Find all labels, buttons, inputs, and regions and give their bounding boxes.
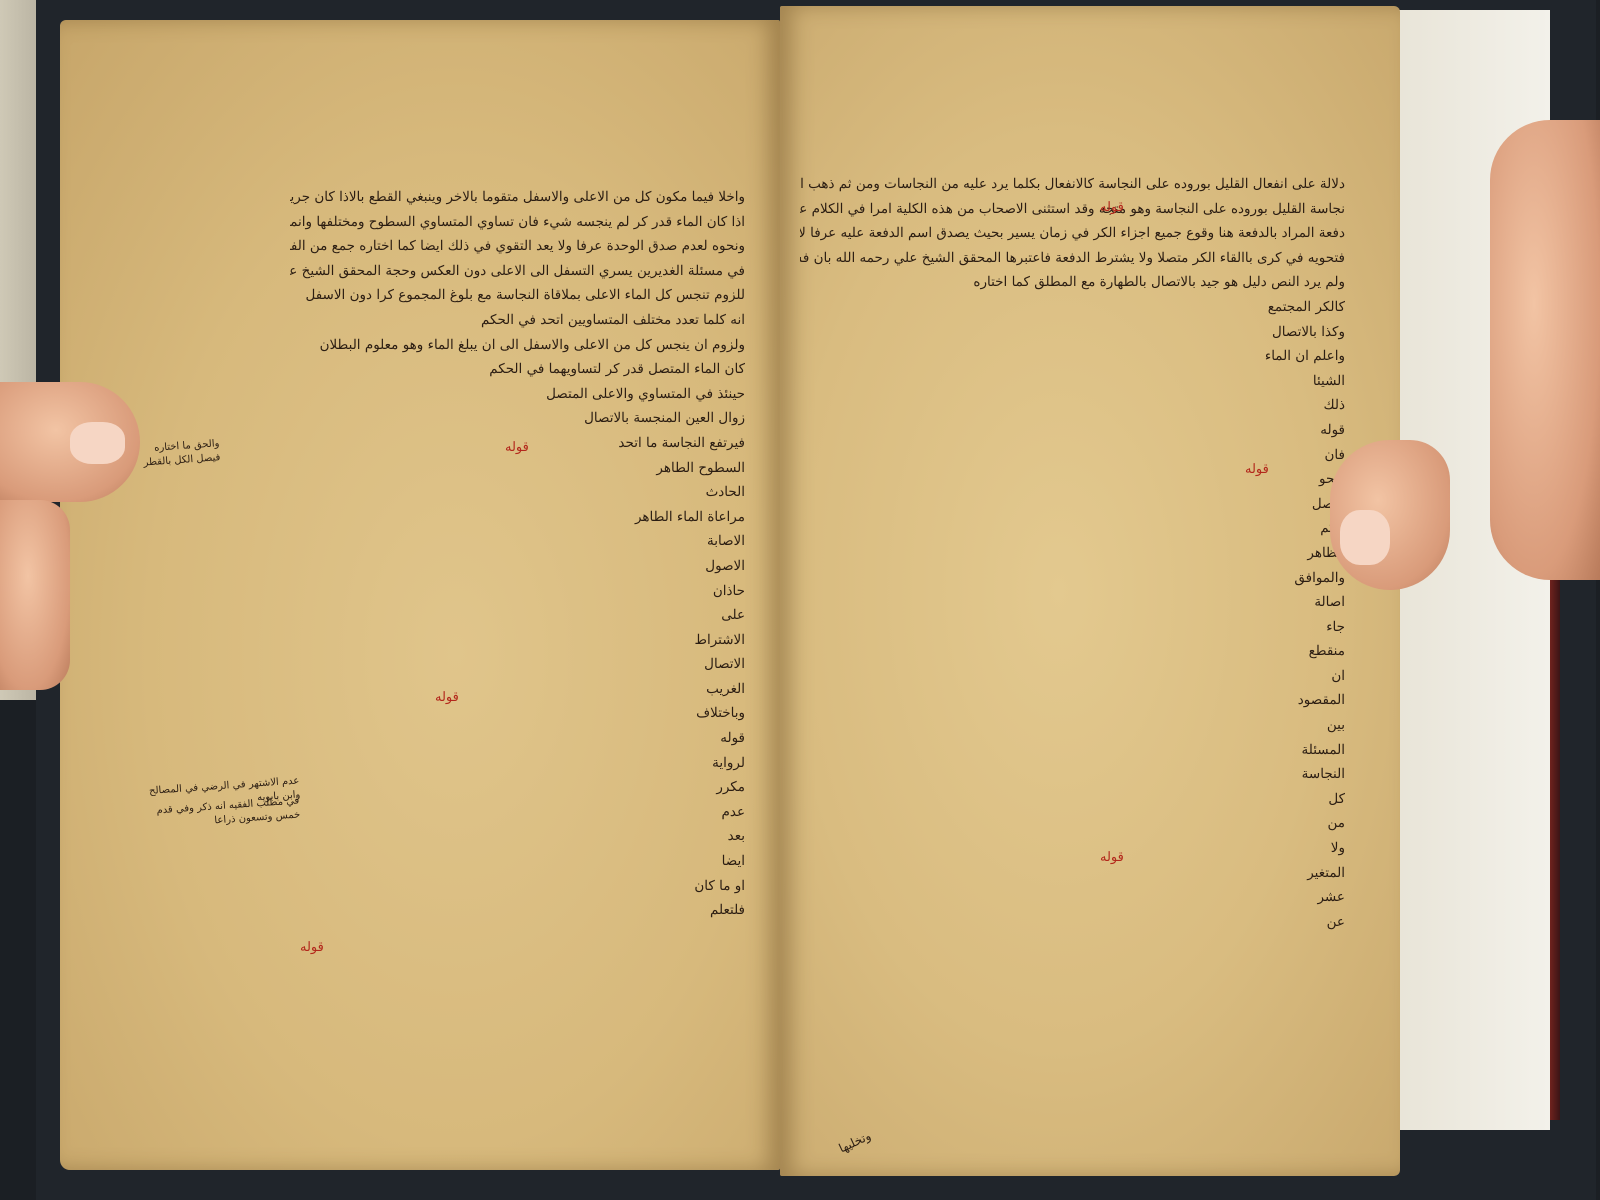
text-line: ولزوم ان ينجس كل من الاعلى والاسفل الى ا… (290, 333, 745, 358)
text-line: حينئذ في المتساوي والاعلى المتصل (290, 382, 745, 407)
text-line: الاصول (290, 554, 745, 579)
text-line: بين (800, 713, 1345, 738)
text-line: الاتصال (290, 652, 745, 677)
text-line: ايضا (290, 849, 745, 874)
text-line: مراعاة الماء الطاهر (290, 505, 745, 530)
text-line: بعد (290, 824, 745, 849)
text-line: عدم (290, 800, 745, 825)
text-line: ونحوه لعدم صدق الوحدة عرفا ولا يعد التقو… (290, 234, 745, 259)
text-line: الاصل (800, 492, 1345, 517)
text-line: عشر (800, 885, 1345, 910)
text-line: لرواية (290, 751, 745, 776)
text-line: على (290, 603, 745, 628)
text-line: واعلم ان الماء (800, 344, 1345, 369)
rubric-mark: قوله (505, 440, 529, 455)
text-line: في مسئلة الغديرين يسري التسفل الى الاعلى… (290, 259, 745, 284)
left-hand-fingers (0, 500, 70, 690)
text-line: انه كلما تعدد مختلف المتساويين اتحد في ا… (290, 308, 745, 333)
text-line: كان الماء المتصل قدر كر لتساويهما في الح… (290, 357, 745, 382)
text-line: المسئلة (800, 738, 1345, 763)
text-line: للزوم تنجس كل الماء الاعلى بملاقاة النجا… (290, 283, 745, 308)
text-line: وباختلاف (290, 701, 745, 726)
text-line: كالكر المجتمع (800, 295, 1345, 320)
rubric-mark: قوله (1245, 462, 1269, 477)
rubric-mark: قوله (300, 940, 324, 955)
right-hand (1490, 120, 1600, 580)
text-line: الحادث (290, 480, 745, 505)
text-line: دلالة على انفعال القليل بوروده على النجا… (800, 172, 1345, 197)
text-line: المقصود (800, 688, 1345, 713)
text-line: الشيئا (800, 369, 1345, 394)
text-line: من (800, 811, 1345, 836)
text-line: اصالة (800, 590, 1345, 615)
right-page-text: دلالة على انفعال القليل بوروده على النجا… (800, 172, 1345, 934)
text-line: ولا (800, 836, 1345, 861)
text-line: جاء (800, 615, 1345, 640)
text-line: قوله (800, 418, 1345, 443)
text-line: الغريب (290, 677, 745, 702)
text-line: عن (800, 910, 1345, 935)
right-hand-thumb (1330, 440, 1450, 590)
rubric-mark: قوله (1100, 200, 1124, 215)
text-line: حكم (800, 516, 1345, 541)
text-line: دفعة المراد بالدفعة هنا وقوع جميع اجزاء … (800, 221, 1345, 246)
text-line: زوال العين المنجسة بالاتصال (290, 406, 745, 431)
text-line: اذا كان الماء قدر كر لم ينجسه شيء فان تس… (290, 210, 745, 235)
text-line: واخلا فيما مكون كل من الاعلى والاسفل متق… (290, 185, 745, 210)
rubric-mark: قوله (435, 690, 459, 705)
text-line: او ما كان (290, 874, 745, 899)
text-line: قوله (290, 726, 745, 751)
text-line: مكرر (290, 775, 745, 800)
left-hand-thumb (0, 382, 140, 502)
margin-note: والحق ما اختاره فيصل الكل بالقطر (139, 437, 221, 471)
text-line: الظاهر (800, 541, 1345, 566)
text-line: الاشتراط (290, 628, 745, 653)
rubric-mark: قوله (1100, 850, 1124, 865)
text-line: فلتعلم (290, 898, 745, 923)
text-line: ان (800, 664, 1345, 689)
text-line: النجاسة (800, 762, 1345, 787)
text-line: نجاسة القليل بوروده على النجاسة وهو متجه… (800, 197, 1345, 222)
text-line: ذلك (800, 393, 1345, 418)
text-line: حاذان (290, 579, 745, 604)
text-line: فتحويه في كرى باالقاء الكر متصلا ولا يشت… (800, 246, 1345, 271)
text-line: منقطع (800, 639, 1345, 664)
text-line: ولم يرد النص دليل هو جيد بالاتصال بالطها… (800, 270, 1345, 295)
text-line: المتغير (800, 861, 1345, 886)
left-page-text: واخلا فيما مكون كل من الاعلى والاسفل متق… (290, 185, 745, 923)
text-line: كل (800, 787, 1345, 812)
text-line: والموافق (800, 566, 1345, 591)
text-line: السطوح الطاهر (290, 456, 745, 481)
text-line: وكذا بالاتصال (800, 320, 1345, 345)
text-line: الاصابة (290, 529, 745, 554)
